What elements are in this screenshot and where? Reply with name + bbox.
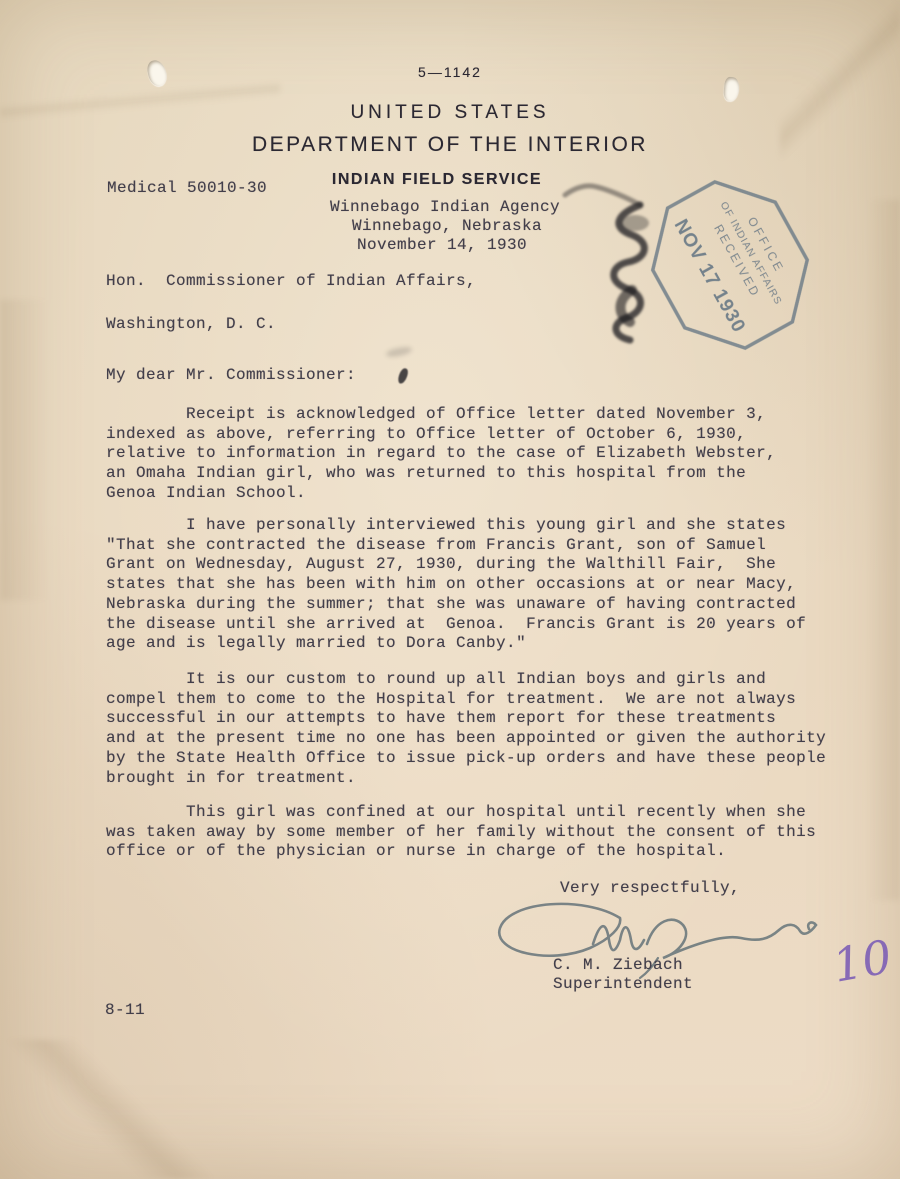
form-number: 5—1142 [0, 64, 900, 80]
signer-title: Superintendent [553, 975, 693, 995]
paragraph-1: Receipt is acknowledged of Office letter… [106, 405, 776, 504]
salutation: My dear Mr. Commissioner: [106, 366, 356, 386]
org-title-line1: UNITED STATES [0, 102, 900, 124]
signer-name: C. M. Ziebach [553, 956, 683, 976]
paper-crease [0, 300, 60, 600]
paragraph-2: I have personally interviewed this young… [106, 516, 806, 654]
org-title-line2: DEPARTMENT OF THE INTERIOR [0, 133, 900, 157]
footer-note: 8-11 [105, 1001, 145, 1021]
ink-smear [386, 346, 413, 358]
staple-hole [723, 76, 740, 101]
paragraph-4: This girl was confined at our hospital u… [106, 803, 816, 862]
agency-name: Winnebago Indian Agency [330, 198, 560, 218]
paper-crease [860, 200, 900, 900]
paragraph-3: It is our custom to round up all Indian … [106, 670, 826, 788]
file-reference: Medical 50010-30 [107, 179, 267, 199]
ink-smudge [555, 175, 685, 355]
letter-page: 5—1142 UNITED STATES DEPARTMENT OF THE I… [0, 0, 900, 1179]
paper-crease [0, 1040, 220, 1179]
addressee-line1: Hon. Commissioner of Indian Affairs, [106, 272, 476, 292]
agency-location: Winnebago, Nebraska [352, 217, 542, 237]
addressee-line2: Washington, D. C. [106, 315, 276, 335]
handwritten-page-number: 10 [829, 929, 896, 992]
letter-date: November 14, 1930 [357, 236, 527, 256]
ink-blot [397, 367, 410, 385]
